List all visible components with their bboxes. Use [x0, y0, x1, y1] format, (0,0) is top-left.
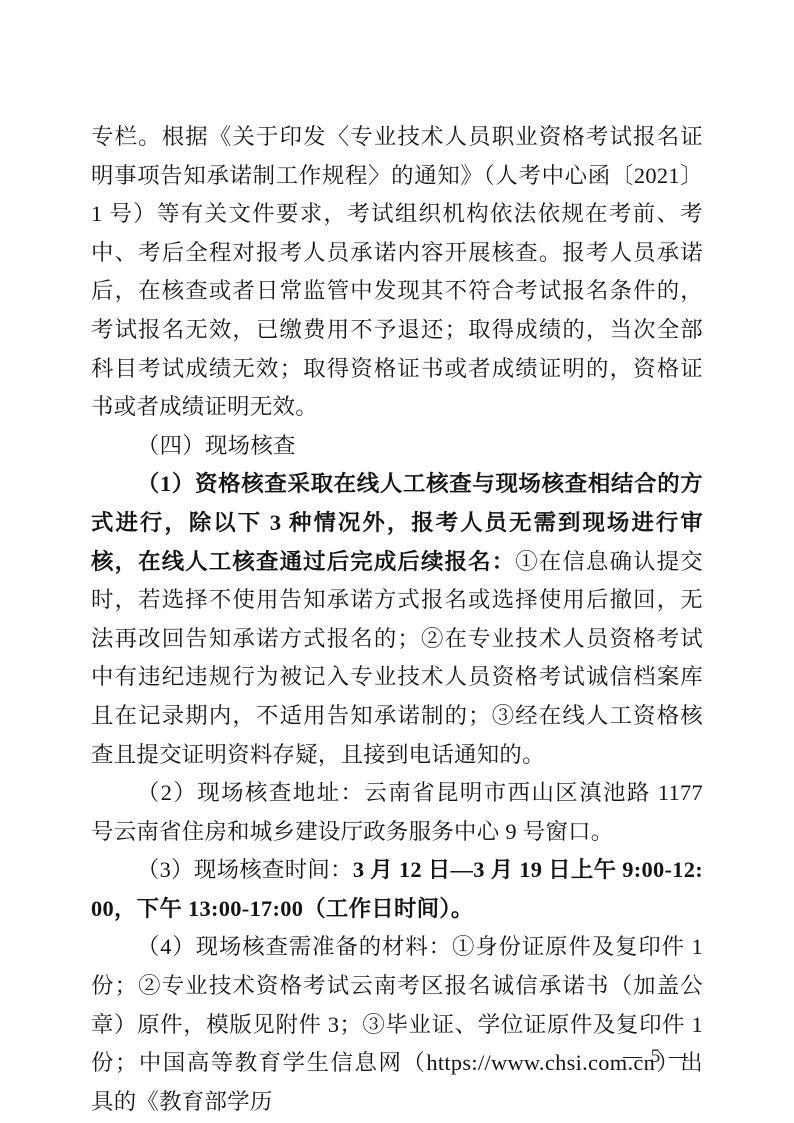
paragraph-text: （4）现场核查需准备的材料：①身份证原件及复印件 1 份；②专业技术资格考试云南…: [91, 934, 703, 1113]
paragraph-intro-continuation: 专栏。根据《关于印发〈专业技术人员职业资格考试报名证明事项告知承诺制工作规程〉的…: [91, 118, 703, 427]
paragraph-item-2-address: （2）现场核查地址：云南省昆明市西山区滇池路 1177 号云南省住房和城乡建设厅…: [91, 774, 703, 851]
paragraph-item-3-time: （3）现场核查时间：3 月 12 日—3 月 19 日上午 9:00-12:00…: [91, 851, 703, 928]
section-heading-onsite-verification: （四）现场核查: [91, 427, 703, 466]
paragraph-item-1: （1）资格核查采取在线人工核查与现场核查相结合的方式进行，除以下 3 种情况外，…: [91, 465, 703, 774]
heading-text: （四）现场核查: [137, 433, 296, 458]
document-body: 专栏。根据《关于印发〈专业技术人员职业资格考试报名证明事项告知承诺制工作规程〉的…: [91, 118, 703, 1121]
paragraph-item-4-materials: （4）现场核查需准备的材料：①身份证原件及复印件 1 份；②专业技术资格考试云南…: [91, 928, 703, 1121]
paragraph-text: ①在信息确认提交时，若选择不使用告知承诺方式报名或选择使用后撤回，无法再改回告知…: [91, 549, 703, 767]
document-page: 专栏。根据《关于印发〈专业技术人员职业资格考试报名证明事项告知承诺制工作规程〉的…: [0, 0, 794, 1123]
paragraph-text: （3）现场核查时间：: [137, 857, 353, 882]
paragraph-text: 专栏。根据《关于印发〈专业技术人员职业资格考试报名证明事项告知承诺制工作规程〉的…: [91, 124, 703, 419]
page-number: — 5 —: [623, 1046, 690, 1068]
paragraph-text: （2）现场核查地址：云南省昆明市西山区滇池路 1177 号云南省住房和城乡建设厅…: [91, 780, 703, 844]
